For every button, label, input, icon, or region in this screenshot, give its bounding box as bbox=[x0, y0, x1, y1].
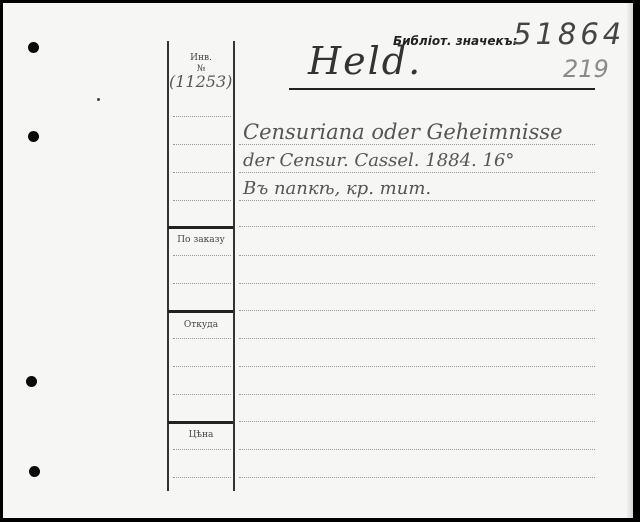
price-label: Цѣна bbox=[169, 430, 233, 440]
ruled-line bbox=[239, 283, 595, 284]
title-line-3: Въ папкѣ, кр. тит. bbox=[243, 178, 431, 199]
ruled-line bbox=[173, 283, 231, 284]
left-column-border bbox=[233, 41, 235, 491]
ruled-line bbox=[239, 200, 595, 201]
ruled-line bbox=[173, 449, 231, 450]
ruled-line bbox=[173, 338, 231, 339]
ruled-line bbox=[173, 394, 231, 395]
inventory-number-value: (11253) bbox=[169, 72, 232, 91]
ruled-line bbox=[239, 394, 595, 395]
ruled-line bbox=[173, 200, 231, 201]
title-line-1: Censuriana oder Geheimnisse bbox=[243, 120, 563, 144]
ruled-line bbox=[239, 477, 595, 478]
call-number: 51864. bbox=[513, 17, 633, 51]
title-line-2: der Censur. Cassel. 1884. 16° bbox=[243, 150, 514, 171]
punch-hole bbox=[29, 466, 40, 477]
ruled-line bbox=[173, 144, 231, 145]
order-label: По заказу bbox=[169, 235, 233, 245]
pencil-note: 219 bbox=[563, 55, 609, 83]
author-underline bbox=[289, 88, 595, 90]
punch-hole bbox=[28, 131, 39, 142]
ruled-line bbox=[239, 255, 595, 256]
ruled-line bbox=[239, 226, 595, 227]
ruled-line bbox=[173, 477, 231, 478]
ruled-line bbox=[239, 421, 595, 422]
ruled-line bbox=[239, 449, 595, 450]
ruled-line bbox=[173, 366, 231, 367]
ruled-line bbox=[173, 172, 231, 173]
source-label: Откуда bbox=[169, 320, 233, 330]
ruled-line bbox=[239, 172, 595, 173]
inventory-label: Инв. bbox=[169, 53, 233, 63]
section-divider bbox=[168, 226, 233, 229]
ruled-line bbox=[239, 144, 595, 145]
paper-speck bbox=[97, 98, 100, 101]
ruled-line bbox=[239, 366, 595, 367]
ruled-line bbox=[173, 116, 231, 117]
punch-hole bbox=[28, 42, 39, 53]
ruled-line bbox=[239, 338, 595, 339]
punch-hole bbox=[26, 376, 37, 387]
section-divider bbox=[168, 310, 233, 313]
ruled-line bbox=[173, 255, 231, 256]
ruled-line bbox=[239, 310, 595, 311]
section-divider bbox=[168, 421, 233, 424]
author-name: Held. bbox=[308, 39, 422, 83]
catalog-card: Инв. № (11253) По заказу Откуда Цѣна Биб… bbox=[3, 3, 633, 518]
